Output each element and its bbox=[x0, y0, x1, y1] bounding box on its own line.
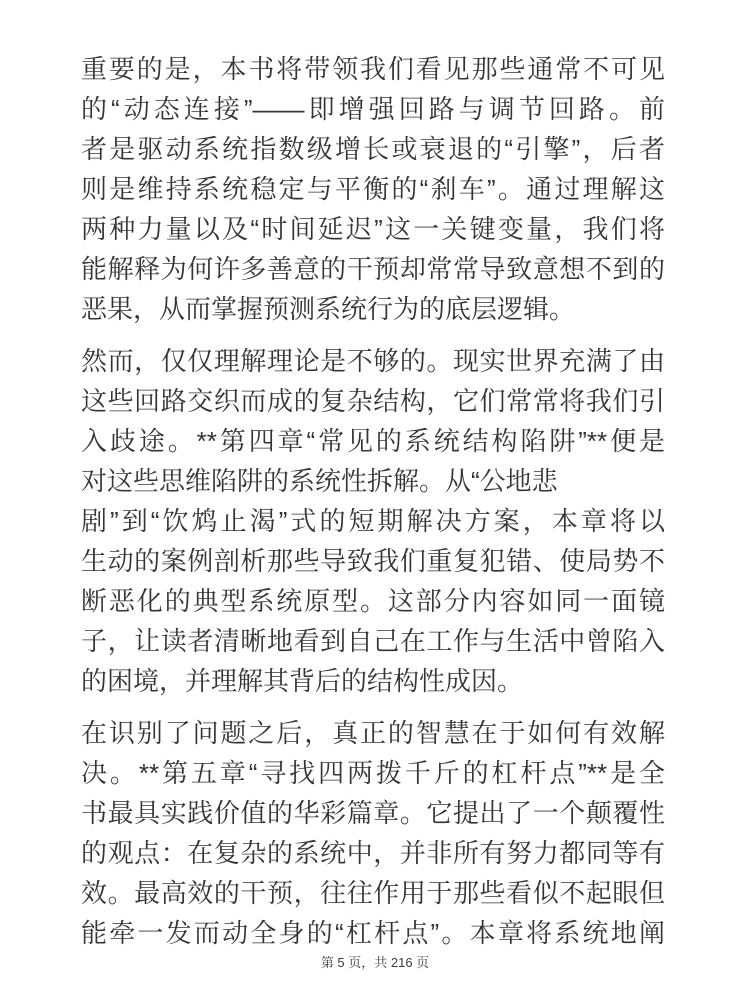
paragraph: 重要的是，本书将带领我们看见那些通常不可见的“动态连接”——即增强回路与调节回路… bbox=[81, 49, 665, 329]
text-line: 则是维持系统稳定与平衡的“刹车”。通过理解这 bbox=[81, 169, 665, 209]
text-line: 在识别了问题之后，真正的智慧在于如何有效解 bbox=[81, 713, 665, 753]
text-line: 入歧途。**第四章“常见的系统结构陷阱”**便是 bbox=[81, 421, 665, 461]
text-line: 决。**第五章“寻找四两拨千斤的杠杆点”**是全 bbox=[81, 753, 665, 793]
text-line: 子，让读者清晰地看到自己在工作与生活中曾陷入 bbox=[81, 621, 665, 661]
page-content: 重要的是，本书将带领我们看见那些通常不可见的“动态连接”——即增强回路与调节回路… bbox=[81, 0, 665, 953]
text-line: 恶果，从而掌握预测系统行为的底层逻辑。 bbox=[81, 289, 665, 329]
paragraph: 然而，仅仅理解理论是不够的。现实世界充满了由这些回路交织而成的复杂结构，它们常常… bbox=[81, 341, 665, 701]
text-line: 然而，仅仅理解理论是不够的。现实世界充满了由 bbox=[81, 341, 665, 381]
paragraph: 在识别了问题之后，真正的智慧在于如何有效解决。**第五章“寻找四两拨千斤的杠杆点… bbox=[81, 713, 665, 953]
text-line: 能牵一发而动全身的“杠杆点”。本章将系统地阐 bbox=[81, 913, 665, 953]
document-page: { "page": { "paragraphs": [ { "lines": [… bbox=[0, 0, 750, 1000]
text-line: 者是驱动系统指数级增长或衰退的“引擎”，后者 bbox=[81, 129, 665, 169]
text-line: 能解释为何许多善意的干预却常常导致意想不到的 bbox=[81, 249, 665, 289]
text-line: 的观点：在复杂的系统中，并非所有努力都同等有 bbox=[81, 833, 665, 873]
page-footer: 第 5 页，共 216 页 bbox=[0, 955, 750, 971]
page: 重要的是，本书将带领我们看见那些通常不可见的“动态连接”——即增强回路与调节回路… bbox=[0, 0, 750, 1000]
text-line: 生动的案例剖析那些导致我们重复犯错、使局势不 bbox=[81, 541, 665, 581]
text-line: 的困境，并理解其背后的结构性成因。 bbox=[81, 661, 665, 701]
text-line: 书最具实践价值的华彩篇章。它提出了一个颠覆性 bbox=[81, 793, 665, 833]
page-number-label: 第 5 页，共 216 页 bbox=[321, 955, 429, 970]
text-line: 这些回路交织而成的复杂结构，它们常常将我们引 bbox=[81, 381, 665, 421]
text-line: 两种力量以及“时间延迟”这一关键变量，我们将 bbox=[81, 209, 665, 249]
text-line: 剧”到“饮鸩止渴”式的短期解决方案，本章将以 bbox=[81, 501, 665, 541]
text-line: 重要的是，本书将带领我们看见那些通常不可见 bbox=[81, 49, 665, 89]
text-line: 断恶化的典型系统原型。这部分内容如同一面镜 bbox=[81, 581, 665, 621]
text-line: 对这些思维陷阱的系统性拆解。从“公地悲 bbox=[81, 461, 665, 501]
text-line: 效。最高效的干预，往往作用于那些看似不起眼但 bbox=[81, 873, 665, 913]
text-line: 的“动态连接”——即增强回路与调节回路。前 bbox=[81, 89, 665, 129]
